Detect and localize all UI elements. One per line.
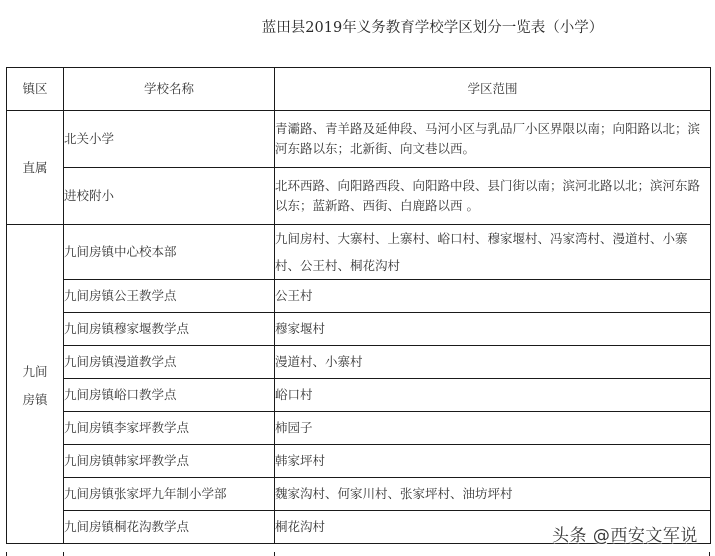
district-scope: 北环西路、向阳路西段、向阳路中段、县门街以南；滨河北路以北；滨河东路以东；蓝新路… [275, 168, 711, 225]
watermark: 头条 @西安文军说 [552, 521, 698, 546]
table-row: 直属 北关小学 青灞路、青羊路及延伸段、马河小区与乳品厂小区界限以南；向阳路以北… [7, 111, 711, 168]
school-name: 九间房镇韩家坪教学点 [64, 445, 275, 478]
table-row: 九间房镇漫道教学点 漫道村、小寨村 [7, 346, 711, 379]
town-label-line-1: 九间 [21, 358, 49, 386]
district-scope: 穆家堰村 [275, 313, 711, 346]
district-scope: 青灞路、青羊路及延伸段、马河小区与乳品厂小区界限以南；向阳路以北；滨河东路以东；… [275, 111, 711, 168]
table-header-row: 镇区 学校名称 学区范围 [7, 68, 711, 111]
school-name: 九间房镇穆家堰教学点 [64, 313, 275, 346]
district-scope: 魏家沟村、何家川村、张家坪村、油坊坪村 [275, 478, 711, 511]
header-school: 学校名称 [64, 68, 275, 111]
school-name: 进校附小 [64, 168, 275, 225]
school-name: 九间房镇漫道教学点 [64, 346, 275, 379]
table-row: 九间房镇张家坪九年制小学部 魏家沟村、何家川村、张家坪村、油坊坪村 [7, 478, 711, 511]
town-cell-zhishu: 直属 [7, 111, 64, 225]
district-scope: 韩家坪村 [275, 445, 711, 478]
school-name: 九间房镇中心校本部 [64, 225, 275, 280]
document-title: 蓝田县2019年义务教育学校学区划分一览表（小学） [0, 16, 715, 37]
table-row: 九间房镇韩家坪教学点 韩家坪村 [7, 445, 711, 478]
district-scope: 峪口村 [275, 379, 711, 412]
table-row: 九间 房镇 九间房镇中心校本部 九间房村、大寨村、上寨村、峪口村、穆家堰村、冯家… [7, 225, 711, 280]
school-name: 九间房镇公王教学点 [64, 280, 275, 313]
school-district-table: 镇区 学校名称 学区范围 直属 北关小学 青灞路、青羊路及延伸段、马河小区与乳品… [6, 67, 711, 544]
town-cell-jiujianfang: 九间 房镇 [7, 225, 64, 544]
table-row: 九间房镇公王教学点 公王村 [7, 280, 711, 313]
header-scope: 学区范围 [275, 68, 711, 111]
district-scope: 九间房村、大寨村、上寨村、峪口村、穆家堰村、冯家湾村、漫道村、小寨村、公王村、桐… [275, 225, 711, 280]
district-scope: 公王村 [275, 280, 711, 313]
header-town: 镇区 [7, 68, 64, 111]
town-label-line-2: 房镇 [21, 386, 49, 414]
column-divider [63, 552, 64, 556]
table-row: 九间房镇穆家堰教学点 穆家堰村 [7, 313, 711, 346]
table-row: 九间房镇峪口教学点 峪口村 [7, 379, 711, 412]
table-row: 九间房镇李家坪教学点 柿园子 [7, 412, 711, 445]
next-table-row-partial [6, 552, 710, 556]
school-name: 北关小学 [64, 111, 275, 168]
district-scope: 柿园子 [275, 412, 711, 445]
school-name: 九间房镇桐花沟教学点 [64, 511, 275, 544]
school-name: 九间房镇峪口教学点 [64, 379, 275, 412]
school-name: 九间房镇张家坪九年制小学部 [64, 478, 275, 511]
district-scope: 漫道村、小寨村 [275, 346, 711, 379]
table-row: 进校附小 北环西路、向阳路西段、向阳路中段、县门街以南；滨河北路以北；滨河东路以… [7, 168, 711, 225]
town-label: 直属 [21, 154, 49, 182]
column-divider [274, 552, 275, 556]
school-name: 九间房镇李家坪教学点 [64, 412, 275, 445]
